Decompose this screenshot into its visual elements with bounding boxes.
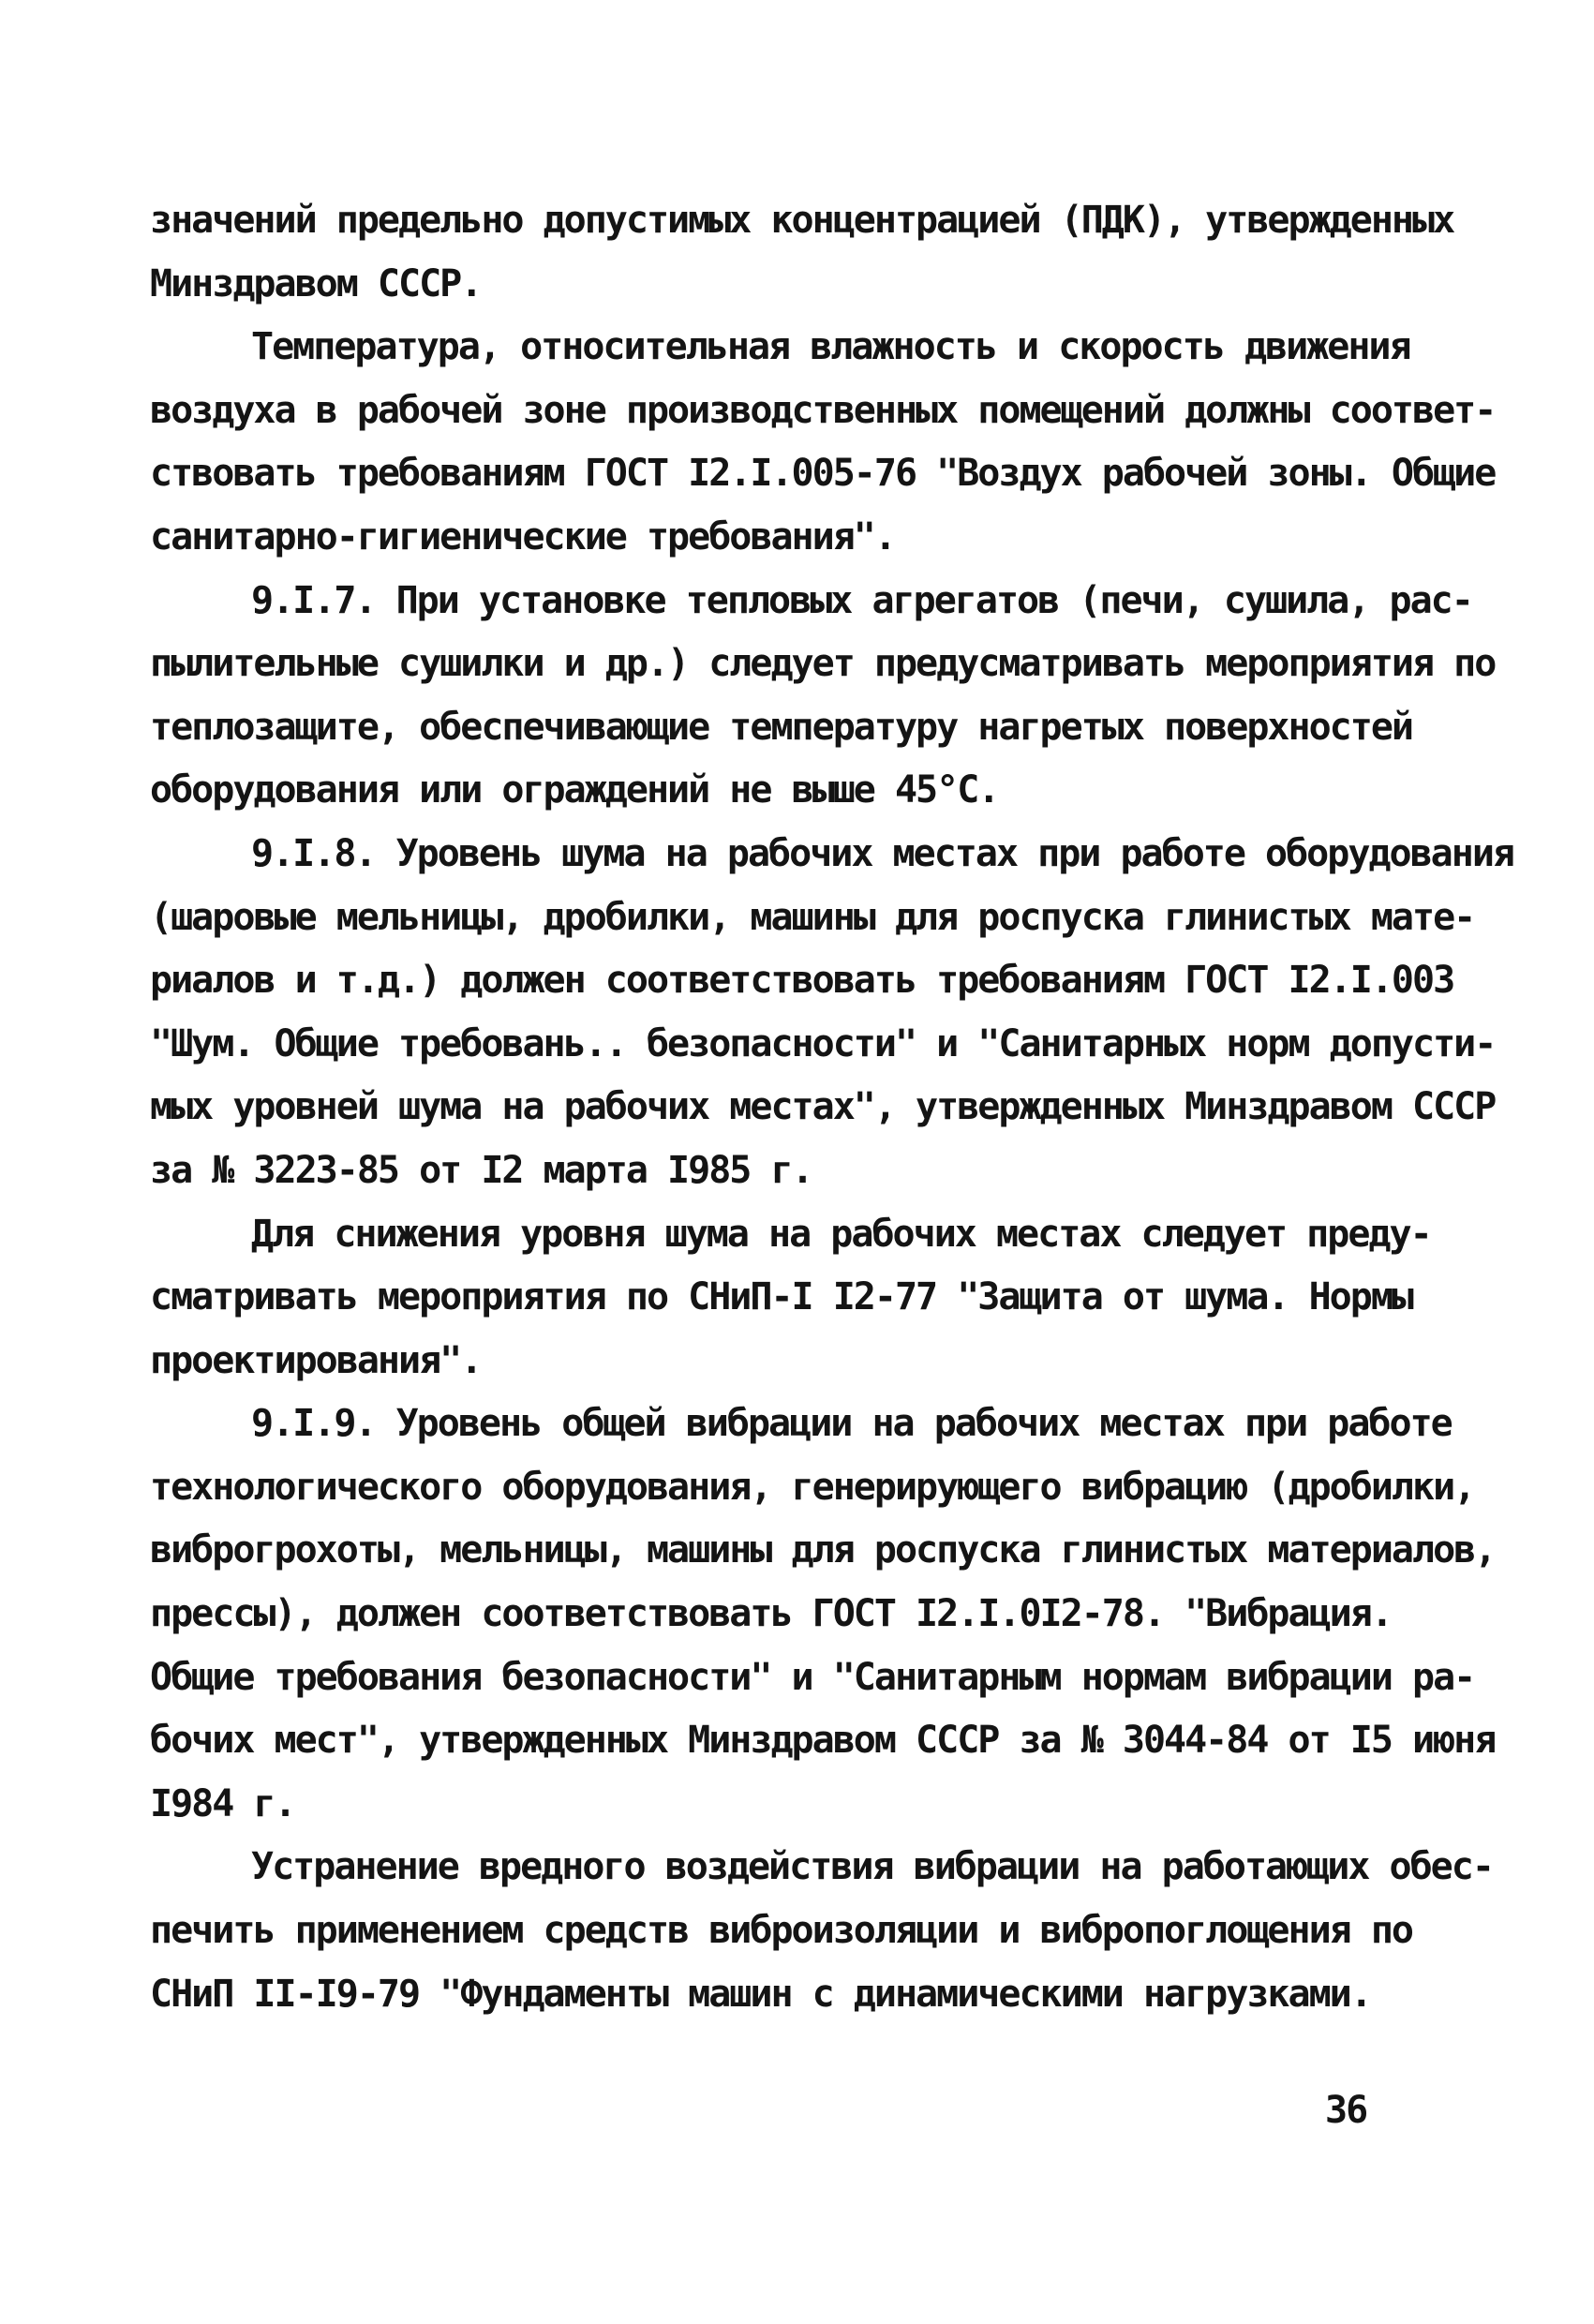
- text-line: Минздравом СССР.: [150, 253, 1527, 317]
- text-line: СНиП II-I9-79 "Фундаменты машин с динами…: [150, 1963, 1527, 2027]
- text-line: (шаровые мельницы, дробилки, машины для …: [150, 886, 1527, 950]
- text-line: сматривать мероприятия по СНиП-I I2-77 "…: [150, 1266, 1527, 1330]
- text-line: ствовать требованиям ГОСТ I2.I.005-76 "В…: [150, 442, 1527, 506]
- text-line: прессы), должен соответствовать ГОСТ I2.…: [150, 1583, 1527, 1646]
- text-line: за № 3223-85 от I2 марта I985 г.: [150, 1140, 1527, 1203]
- text-line: проектирования".: [150, 1330, 1527, 1393]
- text-line: значений предельно допустимых концентрац…: [150, 189, 1527, 253]
- text-line: Общие требования безопасности" и "Санита…: [150, 1646, 1527, 1710]
- text-line: 9.I.8. Уровень шума на рабочих местах пр…: [150, 823, 1527, 886]
- text-line: I984 г.: [150, 1773, 1527, 1837]
- text-line: "Шум. Общие требовань.. безопасности" и …: [150, 1013, 1527, 1077]
- text-line: воздуха в рабочей зоне производственных …: [150, 380, 1527, 443]
- text-line: технологического оборудования, генерирую…: [150, 1456, 1527, 1520]
- text-line: Устранение вредного воздействия вибрации…: [150, 1836, 1527, 1899]
- page-number: 36: [1325, 2090, 1366, 2131]
- text-line: 9.I.7. При установке тепловых агрегатов …: [150, 570, 1527, 633]
- text-line: 9.I.9. Уровень общей вибрации на рабочих…: [150, 1393, 1527, 1456]
- text-line: мых уровней шума на рабочих местах", утв…: [150, 1076, 1527, 1140]
- text-line: виброгрохоты, мельницы, машины для роспу…: [150, 1519, 1527, 1583]
- text-line: пылительные сушилки и др.) следует преду…: [150, 633, 1527, 696]
- text-line: оборудования или ограждений не выше 45°С…: [150, 759, 1527, 823]
- text-line: бочих мест", утвержденных Минздравом ССС…: [150, 1709, 1527, 1773]
- text-line: санитарно-гигиенические требования".: [150, 506, 1527, 570]
- document-page: значений предельно допустимых концентрац…: [0, 0, 1594, 2324]
- text-line: печить применением средств виброизоляции…: [150, 1899, 1527, 1963]
- text-line: Температура, относительная влажность и с…: [150, 316, 1527, 380]
- text-line: теплозащите, обеспечивающие температуру …: [150, 696, 1527, 760]
- text-line: риалов и т.д.) должен соответствовать тр…: [150, 949, 1527, 1013]
- text-block: значений предельно допустимых концентрац…: [150, 189, 1527, 2026]
- text-line: Для снижения уровня шума на рабочих мест…: [150, 1203, 1527, 1267]
